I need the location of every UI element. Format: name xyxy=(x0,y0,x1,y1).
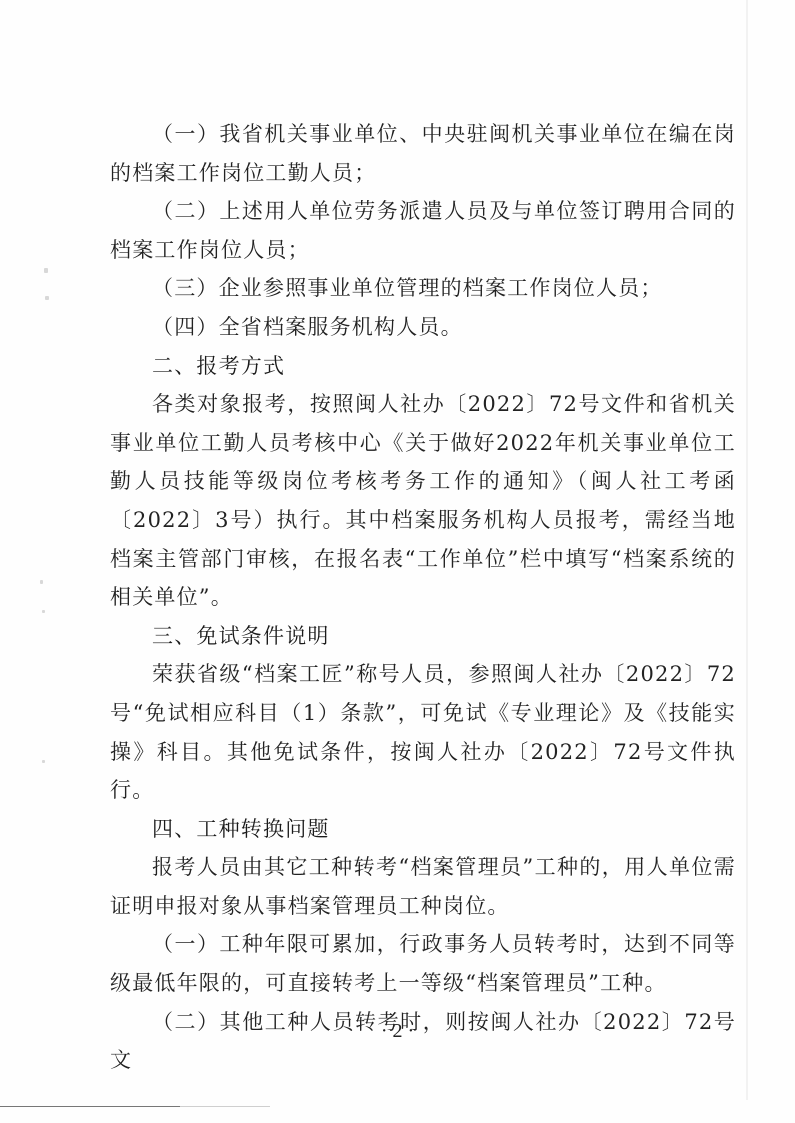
bottom-rule xyxy=(0,1106,180,1107)
paragraph-item-3: （三）企业参照事业单位管理的档案工作岗位人员； xyxy=(110,269,736,308)
scan-speck xyxy=(44,268,48,273)
section-heading-exemption: 三、免试条件说明 xyxy=(110,617,736,656)
paragraph-item-1: （一）我省机关事业单位、中央驻闽机关事业单位在编在岗的档案工作岗位工勤人员； xyxy=(110,115,736,192)
paragraph-exemption: 荣获省级“档案工匠”称号人员，参照闽人社办〔2022〕72号“免试相应科目（1）… xyxy=(110,655,736,809)
scan-speck xyxy=(40,580,43,584)
paragraph-job-conversion: 报考人员由其它工种转考“档案管理员”工种的，用人单位需证明申报对象从事档案管理员… xyxy=(110,848,736,925)
scan-speck xyxy=(42,760,45,763)
page-number: · 2 · xyxy=(0,1020,795,1043)
section-heading-job-conversion: 四、工种转换问题 xyxy=(110,810,736,849)
paragraph-conversion-item-1: （一）工种年限可累加，行政事务人员转考时，达到不同等级最低年限的，可直接转考上一… xyxy=(110,925,736,1002)
bottom-rule-faint xyxy=(180,1106,270,1107)
section-heading-application-method: 二、报考方式 xyxy=(110,347,736,386)
scan-edge-shadow xyxy=(746,0,748,1100)
scan-speck xyxy=(42,610,45,613)
scan-speck xyxy=(45,296,49,300)
paragraph-application-method: 各类对象报考，按照闽人社办〔2022〕72号文件和省机关事业单位工勤人员考核中心… xyxy=(110,385,736,617)
paragraph-item-4: （四）全省档案服务机构人员。 xyxy=(110,308,736,347)
document-page: （一）我省机关事业单位、中央驻闽机关事业单位在编在岗的档案工作岗位工勤人员； （… xyxy=(0,0,795,1123)
paragraph-item-2: （二）上述用人单位劳务派遣人员及与单位签订聘用合同的档案工作岗位人员； xyxy=(110,192,736,269)
document-body: （一）我省机关事业单位、中央驻闽机关事业单位在编在岗的档案工作岗位工勤人员； （… xyxy=(110,115,736,1080)
